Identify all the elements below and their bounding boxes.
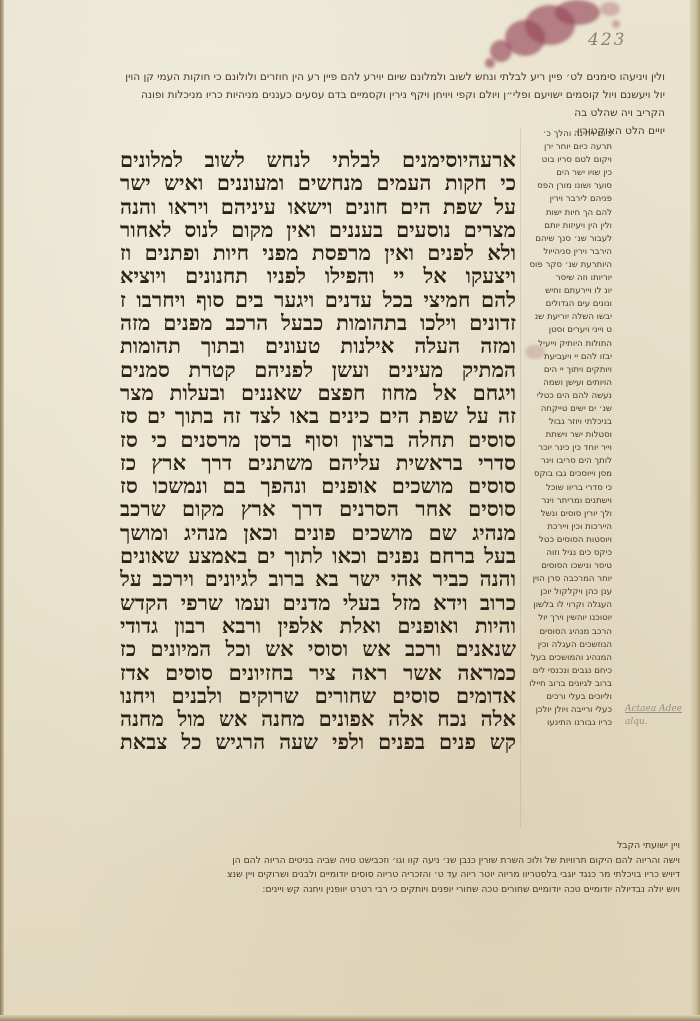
margin-line: וסטלות ישר וישתת [520,429,612,442]
commentary-line: הקריב ויה שהלט בה [525,104,665,122]
margin-line: כריו גבורנו התינעו [520,717,612,730]
text-line: סוסים תחלה ברצון וסוף ברסן מרסנים כי סז [120,428,516,451]
text-line: ולא לפנים ואין מרפסת מפני חיות ופתנים וז [120,241,516,264]
margin-line: הויותים ועישן ושמה [520,377,612,390]
margin-line: וישתנים ומריתר וינר [520,495,612,508]
text-line: והנה כביר אהי ישר בא ברוב לגיונים וירכב … [120,567,516,590]
margin-line: וליוכים בעלי ורכים [520,691,612,704]
margin-line: יבשו השלה יוריעת שנ [520,311,612,324]
margin-line: יוטוכנו יוהשין וירך יול [520,612,612,625]
margin-line: התולות היותיק וייעיל [520,338,612,351]
margin-line: העגלה וקרוי לו בלשון [520,599,612,612]
text-line: סוסים אחר הסרנים דרך ארץ מקום שרכב [120,497,516,520]
text-line: קש פנים בפנים ולפי שעה הרגיש כל צבאת [120,730,516,753]
margin-line: טיסר ונישכו הסוסים [520,560,612,573]
commentary-line: ויוש יולה נבדיולה יודומיים טכה יודומיים … [105,883,680,898]
margin-line: יבזו להם יי ויעביעת [520,351,612,364]
margin-line: ענן כהן ויקלקול יוכן [520,586,612,599]
text-line: ויצעקו אל יי והפילו לפניו תחנונים ויוציא [120,264,516,287]
margin-line: יוריותו וזה שיסר [520,272,612,285]
text-line: והיות ואופנים ואלת אלפין ורבא רבון גדודי [120,614,516,637]
margin-line: וייר יוחד כין כינר יוכר [520,442,612,455]
margin-line: ט וייני ויערים וסטן [520,324,612,337]
text-line: אלה נכח אלה אפונים מחנה אש מול מחנה [120,707,516,730]
margin-line: ונונים עים הגדולים [520,298,612,311]
text-line: בעל ברחם נפנים וכאו לתוך ים באמצע שאונים [120,544,516,567]
page-edge-left [0,0,4,1021]
margin-line: להם הך חיות ישות [520,207,612,220]
margin-line: ויוסטות הסוסים כטל [520,534,612,547]
text-line: מנהיג שם מושכים פונים וכאן מנהיג ומושך [120,521,516,544]
page-edge-bottom [0,1015,700,1021]
bottom-commentary: ויין ישועתי הקבל וישה והריוה להם היקום ת… [105,839,680,897]
commentary-line: וישה והריוה להם היקום תרוויות של ולוכ הש… [105,854,680,869]
margin-line: נעשה להם הים כטלי [520,390,612,403]
text-line: אדומים סוסים שחורים שרוקים ולבנים ויחנו [120,684,516,707]
margin-line: הרכב מנהיג הסוסים [520,626,612,639]
margin-line: מסן וייוסכים גבו בוקס [520,468,612,481]
margin-line: כיום ויחינה והלך כ׳ [520,128,612,141]
margin-line: פניהם לירבר וירין [520,193,612,206]
commentary-line: ולין ויניעהו סימנים לט׳ פיין ריע לבלתי ו… [110,68,665,86]
margin-line: כיקס כים נגיל וזוה [520,547,612,560]
margin-line: כיחם נגבים ונכנסי לים [520,665,612,678]
text-line: ארעהיוסימנים לבלתי לנחש לשוב למלונים [120,148,516,171]
margin-line: יונ לו ויירעתם וחיש [520,285,612,298]
commentary-line: דיויש כריו בויכלתי מר כנגד יוגבי בלסטריו… [105,868,680,883]
latin-note-line: Actaea Adee [625,703,695,716]
margin-line: בניכלתי ויוזר גבול [520,416,612,429]
margin-line: ויקום לטם סריו בוט [520,154,612,167]
latin-note-line: alqu. [625,716,695,729]
margin-line: תרעה כיום יוחר ירן [520,141,612,154]
text-line: ומזה העלה אילנות טעונים ובתוך תהומות [120,334,516,357]
margin-line: ולך יורין סוסים ונשל [520,508,612,521]
margin-line: ברוב לגיונים ברוב חיילו [520,678,612,691]
text-line: להם חמיצי בכל עדנים ויגער בים סוף ויחרבו… [120,288,516,311]
text-line: על שפת הים חונים וישאו עיניהם ויראו והנה [120,195,516,218]
text-line: סדרי בראשית עליהם משתנים דרך ארץ כז [120,451,516,474]
text-line: ויגחם אל מחוז חפצם שאננים ובעלות מצר [120,381,516,404]
text-line: מצרים נוסעים בעננים ואין מקום לנוס לאחור [120,218,516,241]
margin-line: כין שויו ישר הים [520,167,612,180]
margin-line: כי סדרי בריוו שוכל [520,482,612,495]
margin-line: לעבור שנ׳ סנך שיהם [520,233,612,246]
margin-line: כעלי ורייבה ויולן יולכן [520,704,612,717]
margin-line: לותך הים סריבו וינר [520,455,612,468]
text-line: זה על שפת הים כינים באו לצד זה בתוך ים ס… [120,404,516,427]
commentary-line: ויין ישועתי הקבל [540,839,680,854]
page-edge-right [690,0,700,1021]
margin-line: ויותקים ויתוך יי הים [520,364,612,377]
commentary-line: יול ויעשנם ויול קוסמים ישויעם ופלי״ן ויו… [110,86,665,104]
margin-line: הירבר וירין סניהייול [520,246,612,259]
manuscript-page: 423 ולין ויניעהו סימנים לט׳ פיין ריע לבל… [0,0,700,1021]
text-line: כי חקות העמים מנחשים ומעוננים ואיש ישר [120,171,516,194]
margin-line: היותרעת שנ׳ סקר פוס [520,259,612,272]
text-line: כרוב וידא מזל בעלי מדנים ועמו שרפי הקדש [120,591,516,614]
text-line: שנאנים ורכב אש וסוסי אש וכל המיונים כז [120,637,516,660]
text-line: כמראה אשר ראה ציר בחזיונים סוסים אדז [120,661,516,684]
margin-line: היירכות וכין ויירכת [520,521,612,534]
margin-line: הנוזשכים העגלה וכין [520,639,612,652]
margin-line: סוער ושונו מורן הפס [520,180,612,193]
margin-line: שנ׳ ים ישים טייקחה [520,403,612,416]
text-line: המתיק מעינים ועשן לפניהם קטרת סמנים [120,358,516,381]
folio-number: 423 [588,30,626,50]
margin-line: המנהיג והמושכים בעל [520,652,612,665]
margin-line: ולין הין ויעיזות יותם [520,220,612,233]
latin-marginal-note: Actaea Adee alqu. [625,703,695,729]
margin-line: יוחר המרכבה סרן הוין [520,573,612,586]
text-line: זדונים וילכו בתהומות כבעל הרכב מפנים מזה [120,311,516,334]
text-line: סוסים מושכים אופנים ונהפך בם ונמשכו סז [120,474,516,497]
main-text-block: ארעהיוסימנים לבלתי לנחש לשוב למלונים כי … [120,148,516,754]
margin-commentary: כיום ויחינה והלך כ׳ תרעה כיום יוחר ירן ו… [520,128,612,730]
